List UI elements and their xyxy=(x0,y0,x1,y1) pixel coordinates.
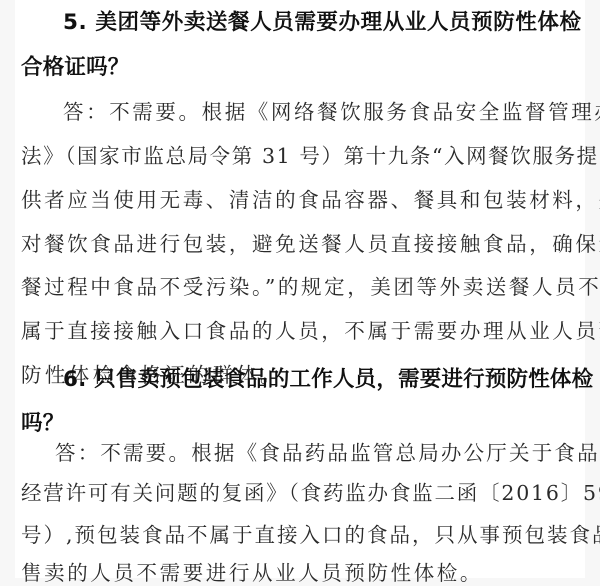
answer-6-line-4: 售卖的人员不需要进行从业人员预防性体检。 xyxy=(21,560,483,578)
answer-6-line-2: 经营许可有关问题的复函》（食药监办食监二函〔2016〕593 xyxy=(21,480,600,506)
answer-5-line-6: 属于直接接触入口食品的人员，不属于需要办理从业人员预 xyxy=(21,318,600,344)
answer-5-line-2: 法》（国家市监总局令第 31 号）第十九条“入网餐饮服务提 xyxy=(21,143,599,169)
answer-6-line-1: 答：不需要。根据《食品药品监管总局办公厅关于食品 xyxy=(55,440,600,466)
question-6-line-2: 吗？ xyxy=(21,411,64,437)
question-5-line-2: 合格证吗？ xyxy=(21,55,130,81)
document-page: 5. 美团等外卖送餐人员需要办理从业人员预防性体检 合格证吗？ 答：不需要。根据… xyxy=(15,0,585,578)
question-5-line-1: 5. 美团等外卖送餐人员需要办理从业人员预防性体检 xyxy=(63,10,582,36)
answer-6-line-3: 号）,预包装食品不属于直接入口的食品，只从事预包装食品 xyxy=(21,522,600,548)
question-6-line-1: 6. 只售卖预包装食品的工作人员，需要进行预防性体检 xyxy=(63,367,593,393)
answer-5-line-5: 餐过程中食品不受污染。”的规定，美团等外卖送餐人员不 xyxy=(21,274,600,300)
answer-5-line-3: 供者应当使用无毒、清洁的食品容器、餐具和包装材料，并 xyxy=(21,187,600,213)
answer-5-line-4: 对餐饮食品进行包装，避免送餐人员直接接触食品，确保送 xyxy=(21,231,600,257)
answer-5-line-1: 答：不需要。根据《网络餐饮服务食品安全监督管理办 xyxy=(63,99,600,125)
